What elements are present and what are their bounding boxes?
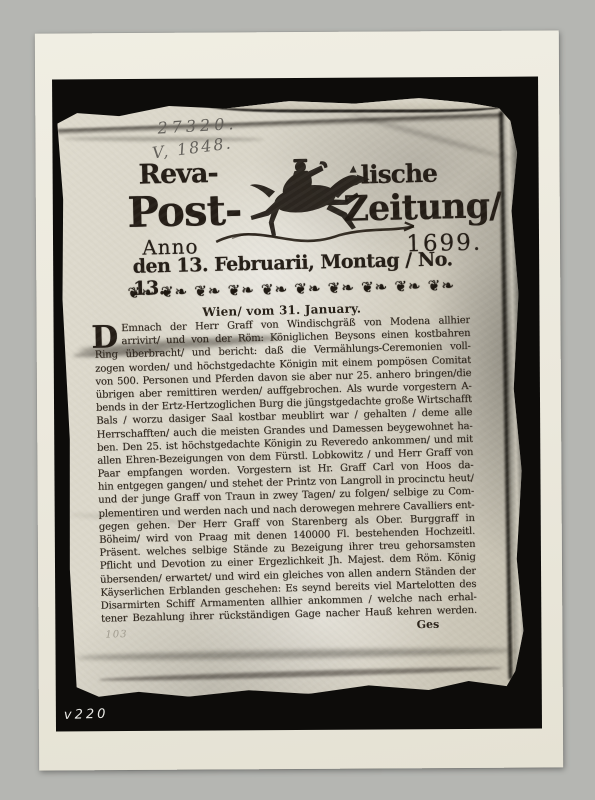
fold-crease xyxy=(76,646,516,661)
photo-card: 27320. V, 1848. Reva- lische Post- Zeitu… xyxy=(35,30,563,770)
photo-number-label: v220 xyxy=(64,707,109,723)
article-body: Emnach der Herr Graff von Windischgräß v… xyxy=(94,314,477,626)
photograph: 27320. V, 1848. Reva- lische Post- Zeitu… xyxy=(52,77,542,732)
photo-tilt-wrapper: 27320. V, 1848. Reva- lische Post- Zeitu… xyxy=(52,77,542,732)
faint-pencil-mark: 103 xyxy=(105,629,127,641)
fold-crease xyxy=(57,113,503,135)
newspaper-page: 27320. V, 1848. Reva- lische Post- Zeitu… xyxy=(57,89,531,700)
post-rider-horse-icon xyxy=(208,147,434,256)
fold-crease xyxy=(64,137,264,142)
fold-crease xyxy=(98,665,502,683)
torn-top-edge xyxy=(205,98,509,112)
